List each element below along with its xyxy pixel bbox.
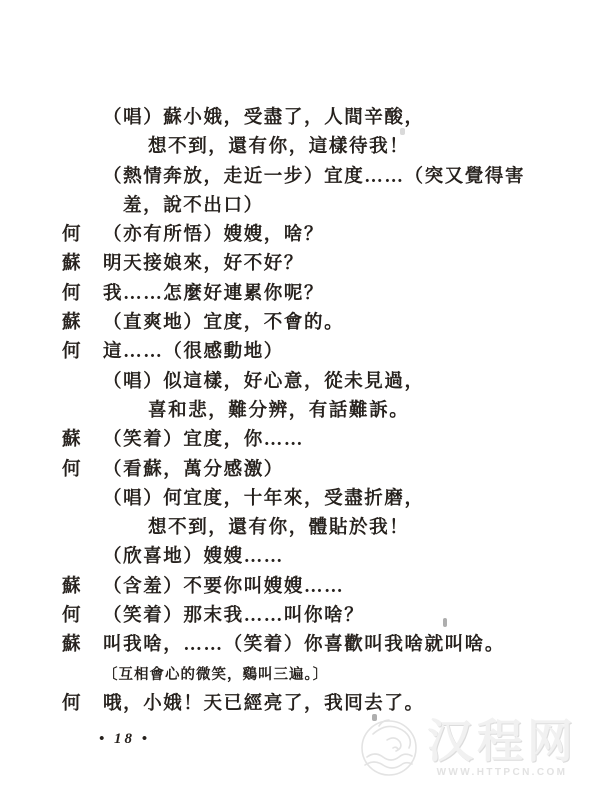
script-line: （熱情奔放，走近一步）宜度……（突又覺得害 bbox=[62, 163, 553, 192]
speaker-label: 何 bbox=[62, 690, 103, 719]
script-line: 蘇 （含羞）不要你叫嫂嫂…… bbox=[62, 573, 553, 602]
script-line: 〔互相會心的微笑，鷄叫三遍。〕 bbox=[62, 661, 553, 690]
book-page: （唱）蘇小娥，受盡了，人間辛酸， 想不到，還有你，這樣待我！ （熱情奔放，走近一… bbox=[0, 0, 589, 799]
line-text: 這……（很感動地） bbox=[103, 338, 284, 367]
script-line: 蘇 明天接娘來，好不好？ bbox=[62, 250, 553, 279]
line-text: （唱）蘇小娥，受盡了，人間辛酸， bbox=[103, 104, 425, 133]
script-line: 何 （笑着）那末我……叫你啥？ bbox=[62, 602, 553, 631]
line-text: 明天接娘來，好不好？ bbox=[103, 250, 304, 279]
script-line: 何 我……怎麼好連累你呢？ bbox=[62, 280, 553, 309]
line-text: （熱情奔放，走近一步）宜度……（突又覺得害 bbox=[103, 163, 525, 192]
script-line: 蘇 （直爽地）宜度，不會的。 bbox=[62, 309, 553, 338]
watermark: 汉程网 WWW.HTTPCN.COM bbox=[357, 710, 577, 787]
line-text: 羞，說不出口） bbox=[103, 192, 264, 221]
script-line: （唱）何宜度，十年來，受盡折磨， bbox=[62, 485, 553, 514]
script-line: 想不到，還有你，體貼於我！ bbox=[62, 514, 553, 543]
speaker-label: 何 bbox=[62, 456, 103, 485]
script-line: 何 （亦有所悟）嫂嫂，啥？ bbox=[62, 221, 553, 250]
page-number: • 18 • bbox=[99, 731, 150, 748]
line-text: （笑着）那末我……叫你啥？ bbox=[103, 602, 364, 631]
script-line: （欣喜地）嫂嫂…… bbox=[62, 543, 553, 572]
watermark-text: 汉程网 WWW.HTTPCN.COM bbox=[427, 719, 577, 778]
script-line: 何 （看蘇，萬分感激） bbox=[62, 456, 553, 485]
speaker-label: 蘇 bbox=[62, 250, 103, 279]
script-line: （唱）似這樣，好心意，從未見過， bbox=[62, 368, 553, 397]
speaker-label: 何 bbox=[62, 221, 103, 250]
script-line: 蘇 叫我啥，……（笑着）你喜歡叫我啥就叫啥。 bbox=[62, 631, 553, 660]
line-text: 我……怎麼好連累你呢？ bbox=[103, 280, 324, 309]
speaker-label: 蘇 bbox=[62, 426, 103, 455]
line-text: （笑着）宜度，你…… bbox=[103, 426, 304, 455]
speaker-label: 何 bbox=[62, 338, 103, 367]
script-line: 蘇 （笑着）宜度，你…… bbox=[62, 426, 553, 455]
script-line: （唱）蘇小娥，受盡了，人間辛酸， bbox=[62, 104, 553, 133]
watermark-site-name: 汉程网 bbox=[427, 719, 577, 765]
speaker-label: 何 bbox=[62, 602, 103, 631]
line-text: （亦有所悟）嫂嫂，啥？ bbox=[103, 221, 324, 250]
script-line: 想不到，還有你，這樣待我！ bbox=[62, 133, 553, 162]
ink-speck bbox=[400, 128, 405, 135]
line-text: 喜和悲，難分辨，有話難訴。 bbox=[103, 397, 409, 426]
speaker-label: 蘇 bbox=[62, 631, 103, 660]
line-text: 想不到，還有你，這樣待我！ bbox=[103, 133, 409, 162]
line-text: （直爽地）宜度，不會的。 bbox=[103, 309, 344, 338]
line-text: （看蘇，萬分感激） bbox=[103, 456, 284, 485]
line-text: 叫我啥，……（笑着）你喜歡叫我啥就叫啥。 bbox=[103, 631, 505, 660]
script-line: 羞，說不出口） bbox=[62, 192, 553, 221]
dragon-circle-logo-icon bbox=[357, 710, 421, 787]
script-line: 喜和悲，難分辨，有話難訴。 bbox=[62, 397, 553, 426]
speaker-label: 蘇 bbox=[62, 309, 103, 338]
line-text: （含羞）不要你叫嫂嫂…… bbox=[103, 573, 344, 602]
watermark-site-url: WWW.HTTPCN.COM bbox=[437, 767, 568, 778]
script-line: 何 這……（很感動地） bbox=[62, 338, 553, 367]
line-text: （唱）何宜度，十年來，受盡折磨， bbox=[103, 485, 425, 514]
line-text: （唱）似這樣，好心意，從未見過， bbox=[103, 368, 425, 397]
line-text: 〔互相會心的微笑，鷄叫三遍。〕 bbox=[103, 661, 328, 690]
line-text: 想不到，還有你，體貼於我！ bbox=[103, 514, 409, 543]
speaker-label: 何 bbox=[62, 280, 103, 309]
line-text: （欣喜地）嫂嫂…… bbox=[103, 543, 284, 572]
ink-speck bbox=[443, 618, 447, 627]
speaker-label: 蘇 bbox=[62, 573, 103, 602]
script-content: （唱）蘇小娥，受盡了，人間辛酸， 想不到，還有你，這樣待我！ （熱情奔放，走近一… bbox=[62, 104, 553, 719]
